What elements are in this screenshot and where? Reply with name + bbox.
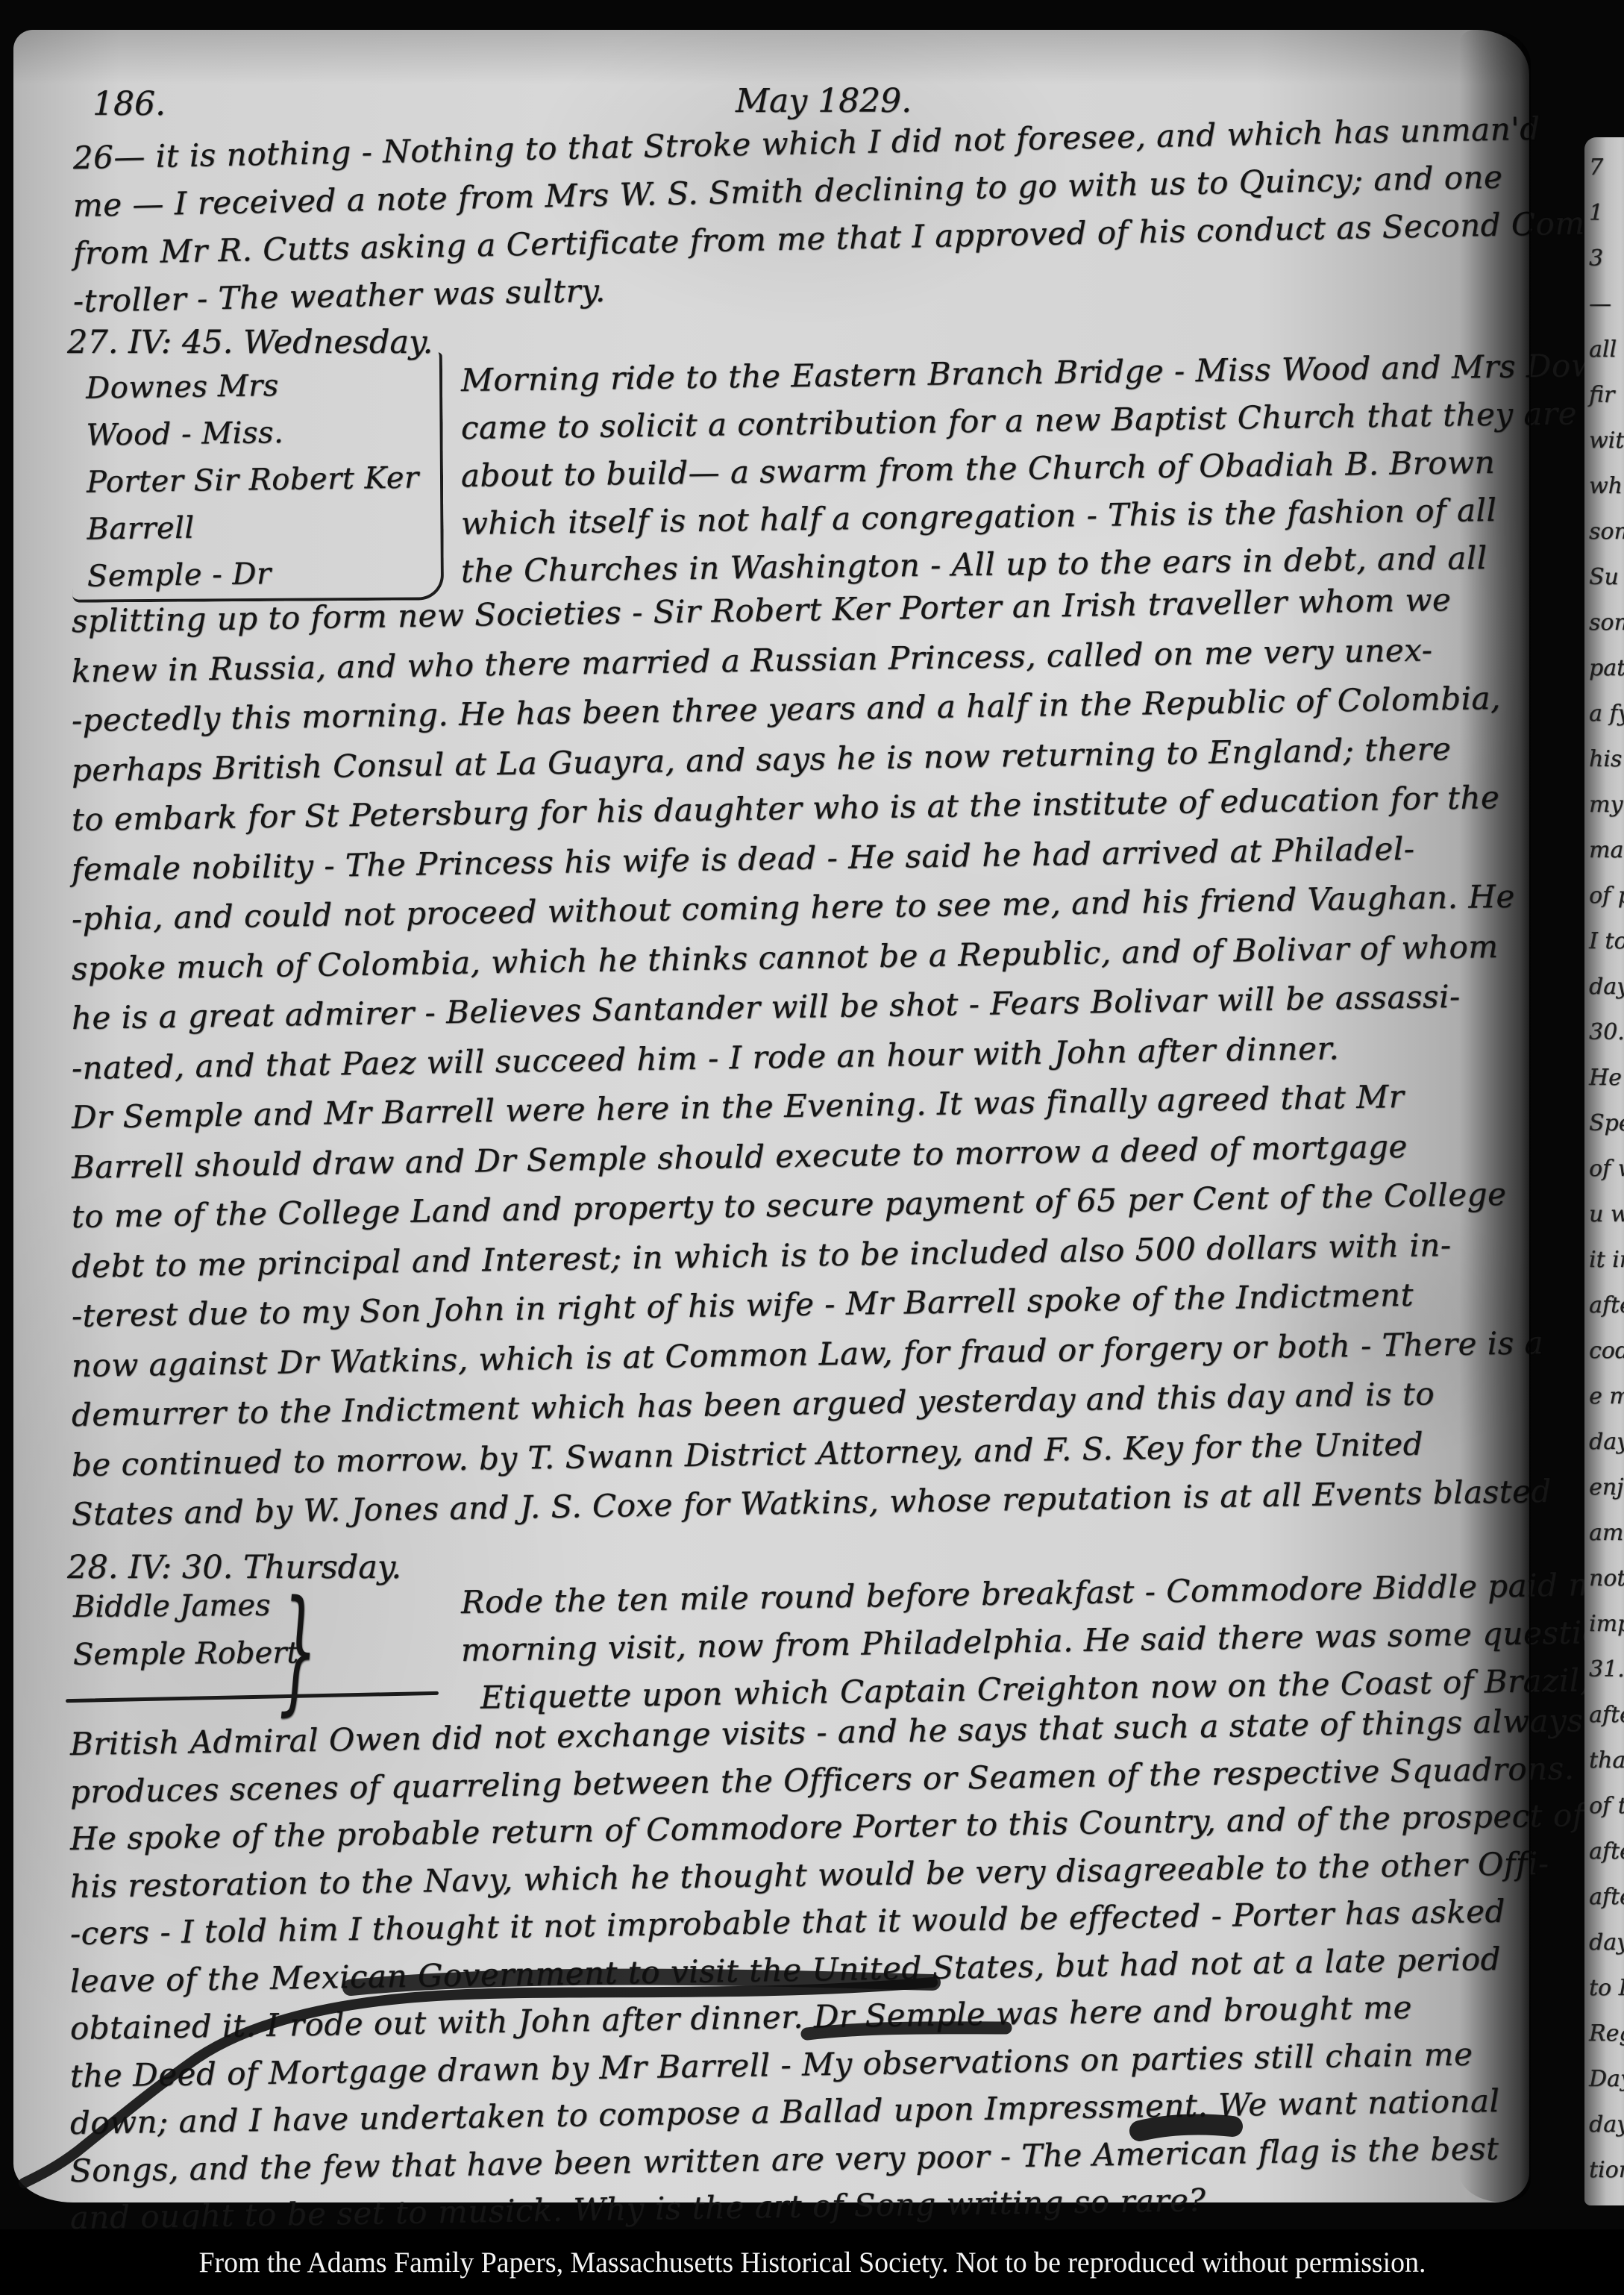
line-fragment: tion <box>1589 2147 1624 2193</box>
line-fragment: Day <box>1589 2056 1624 2102</box>
month-header: May 1829. <box>736 82 912 120</box>
line-fragment: He <box>1589 1055 1624 1100</box>
line-fragment: — <box>1589 281 1624 327</box>
page-number: 186. <box>93 85 166 123</box>
line-fragment: it im <box>1589 1237 1624 1283</box>
margin-name: Downes Mrs <box>86 360 440 413</box>
line-fragment: wit <box>1589 418 1624 463</box>
margin-underline-stroke <box>66 1691 439 1703</box>
line-fragment: u wh <box>1589 1192 1624 1237</box>
line-fragment: that <box>1589 1738 1624 1783</box>
margin-name: Biddle James <box>73 1581 298 1631</box>
margin-name: Wood - Miss. <box>86 407 440 460</box>
diary-page: 186. May 1829. 26— it is nothing - Nothi… <box>13 30 1529 2202</box>
line-fragment: som <box>1589 509 1624 554</box>
caption-text: From the Adams Family Papers, Massachuse… <box>198 2246 1426 2279</box>
line-fragment: Regist <box>1589 2011 1624 2056</box>
line-fragment: ma <box>1589 827 1624 873</box>
line-fragment: day o <box>1589 2102 1624 2147</box>
line-fragment: all <box>1589 327 1624 372</box>
line-fragment: days <box>1589 964 1624 1009</box>
margin-name: Porter Sir Robert Ker <box>87 454 441 507</box>
line-fragment: after <box>1589 1283 1624 1328</box>
entry-26-continuation: 26— it is nothing - Nothing to that Stro… <box>73 134 1537 325</box>
line-fragment: som <box>1589 600 1624 645</box>
line-fragment: am n <box>1589 1510 1624 1556</box>
line-fragment: my <box>1589 782 1624 827</box>
line-fragment: of p <box>1589 873 1624 918</box>
line-fragment: after <box>1589 1874 1624 1920</box>
manuscript-scan: 186. May 1829. 26— it is nothing - Nothi… <box>0 0 1624 2295</box>
entry-27-boxed-lines: Morning ride to the Eastern Branch Bridg… <box>461 357 1541 595</box>
entry-28-date-heading: 28. IV: 30. Thursday. <box>67 1549 401 1586</box>
line-fragment: after <box>1589 1692 1624 1738</box>
line-fragment: 31. Y: <box>1589 1647 1624 1692</box>
margin-name: Barrell <box>87 501 441 554</box>
line-fragment: Spe <box>1589 1100 1624 1146</box>
line-fragment: Su <box>1589 554 1624 600</box>
entry-28-body: British Admiral Owen did not exchange vi… <box>70 1721 1555 2242</box>
line-fragment: e me <box>1589 1374 1624 1419</box>
line-fragment: after <box>1589 1829 1624 1874</box>
line-fragment: a fy <box>1589 691 1624 736</box>
line-fragment: of wh <box>1589 1146 1624 1192</box>
line-fragment: to Bid <box>1589 1965 1624 2011</box>
line-fragment: pate <box>1589 645 1624 691</box>
entry-27-body: splitting up to form new Societies - Sir… <box>72 597 1555 1540</box>
line-fragment: day g <box>1589 1920 1624 1965</box>
line-fragment: his <box>1589 736 1624 782</box>
line-fragment: of the <box>1589 1783 1624 1829</box>
line-fragment: not <box>1589 1556 1624 1601</box>
line-fragment: I tol <box>1589 918 1624 964</box>
margin-name: Semple Robert <box>73 1629 298 1679</box>
line-fragment: enjoy <box>1589 1465 1624 1510</box>
line-fragment: impu <box>1589 1601 1624 1647</box>
entry-27-margin-names: Downes MrsWood - Miss.Porter Sir Robert … <box>71 352 444 602</box>
line-fragment: 30. <box>1589 1009 1624 1055</box>
next-page-line-fragments: 713—allfirwitwhsomSusompatea fyhismymaof… <box>1589 145 1624 2193</box>
entry-28-margin-names: Biddle JamesSemple Robert <box>73 1583 297 1679</box>
next-page-edge: 713—allfirwitwhsomSusompatea fyhismymaof… <box>1584 137 1624 2205</box>
line-fragment: 3 <box>1589 236 1624 281</box>
line-fragment: wh <box>1589 463 1624 509</box>
line-fragment: day <box>1589 1419 1624 1465</box>
caption-band: From the Adams Family Papers, Massachuse… <box>0 2229 1624 2295</box>
margin-brace: } <box>279 1571 317 1729</box>
line-fragment: cod <box>1589 1328 1624 1374</box>
line-fragment: fir <box>1589 372 1624 418</box>
line-fragment: 7 <box>1589 145 1624 190</box>
line-fragment: 1 <box>1589 190 1624 236</box>
